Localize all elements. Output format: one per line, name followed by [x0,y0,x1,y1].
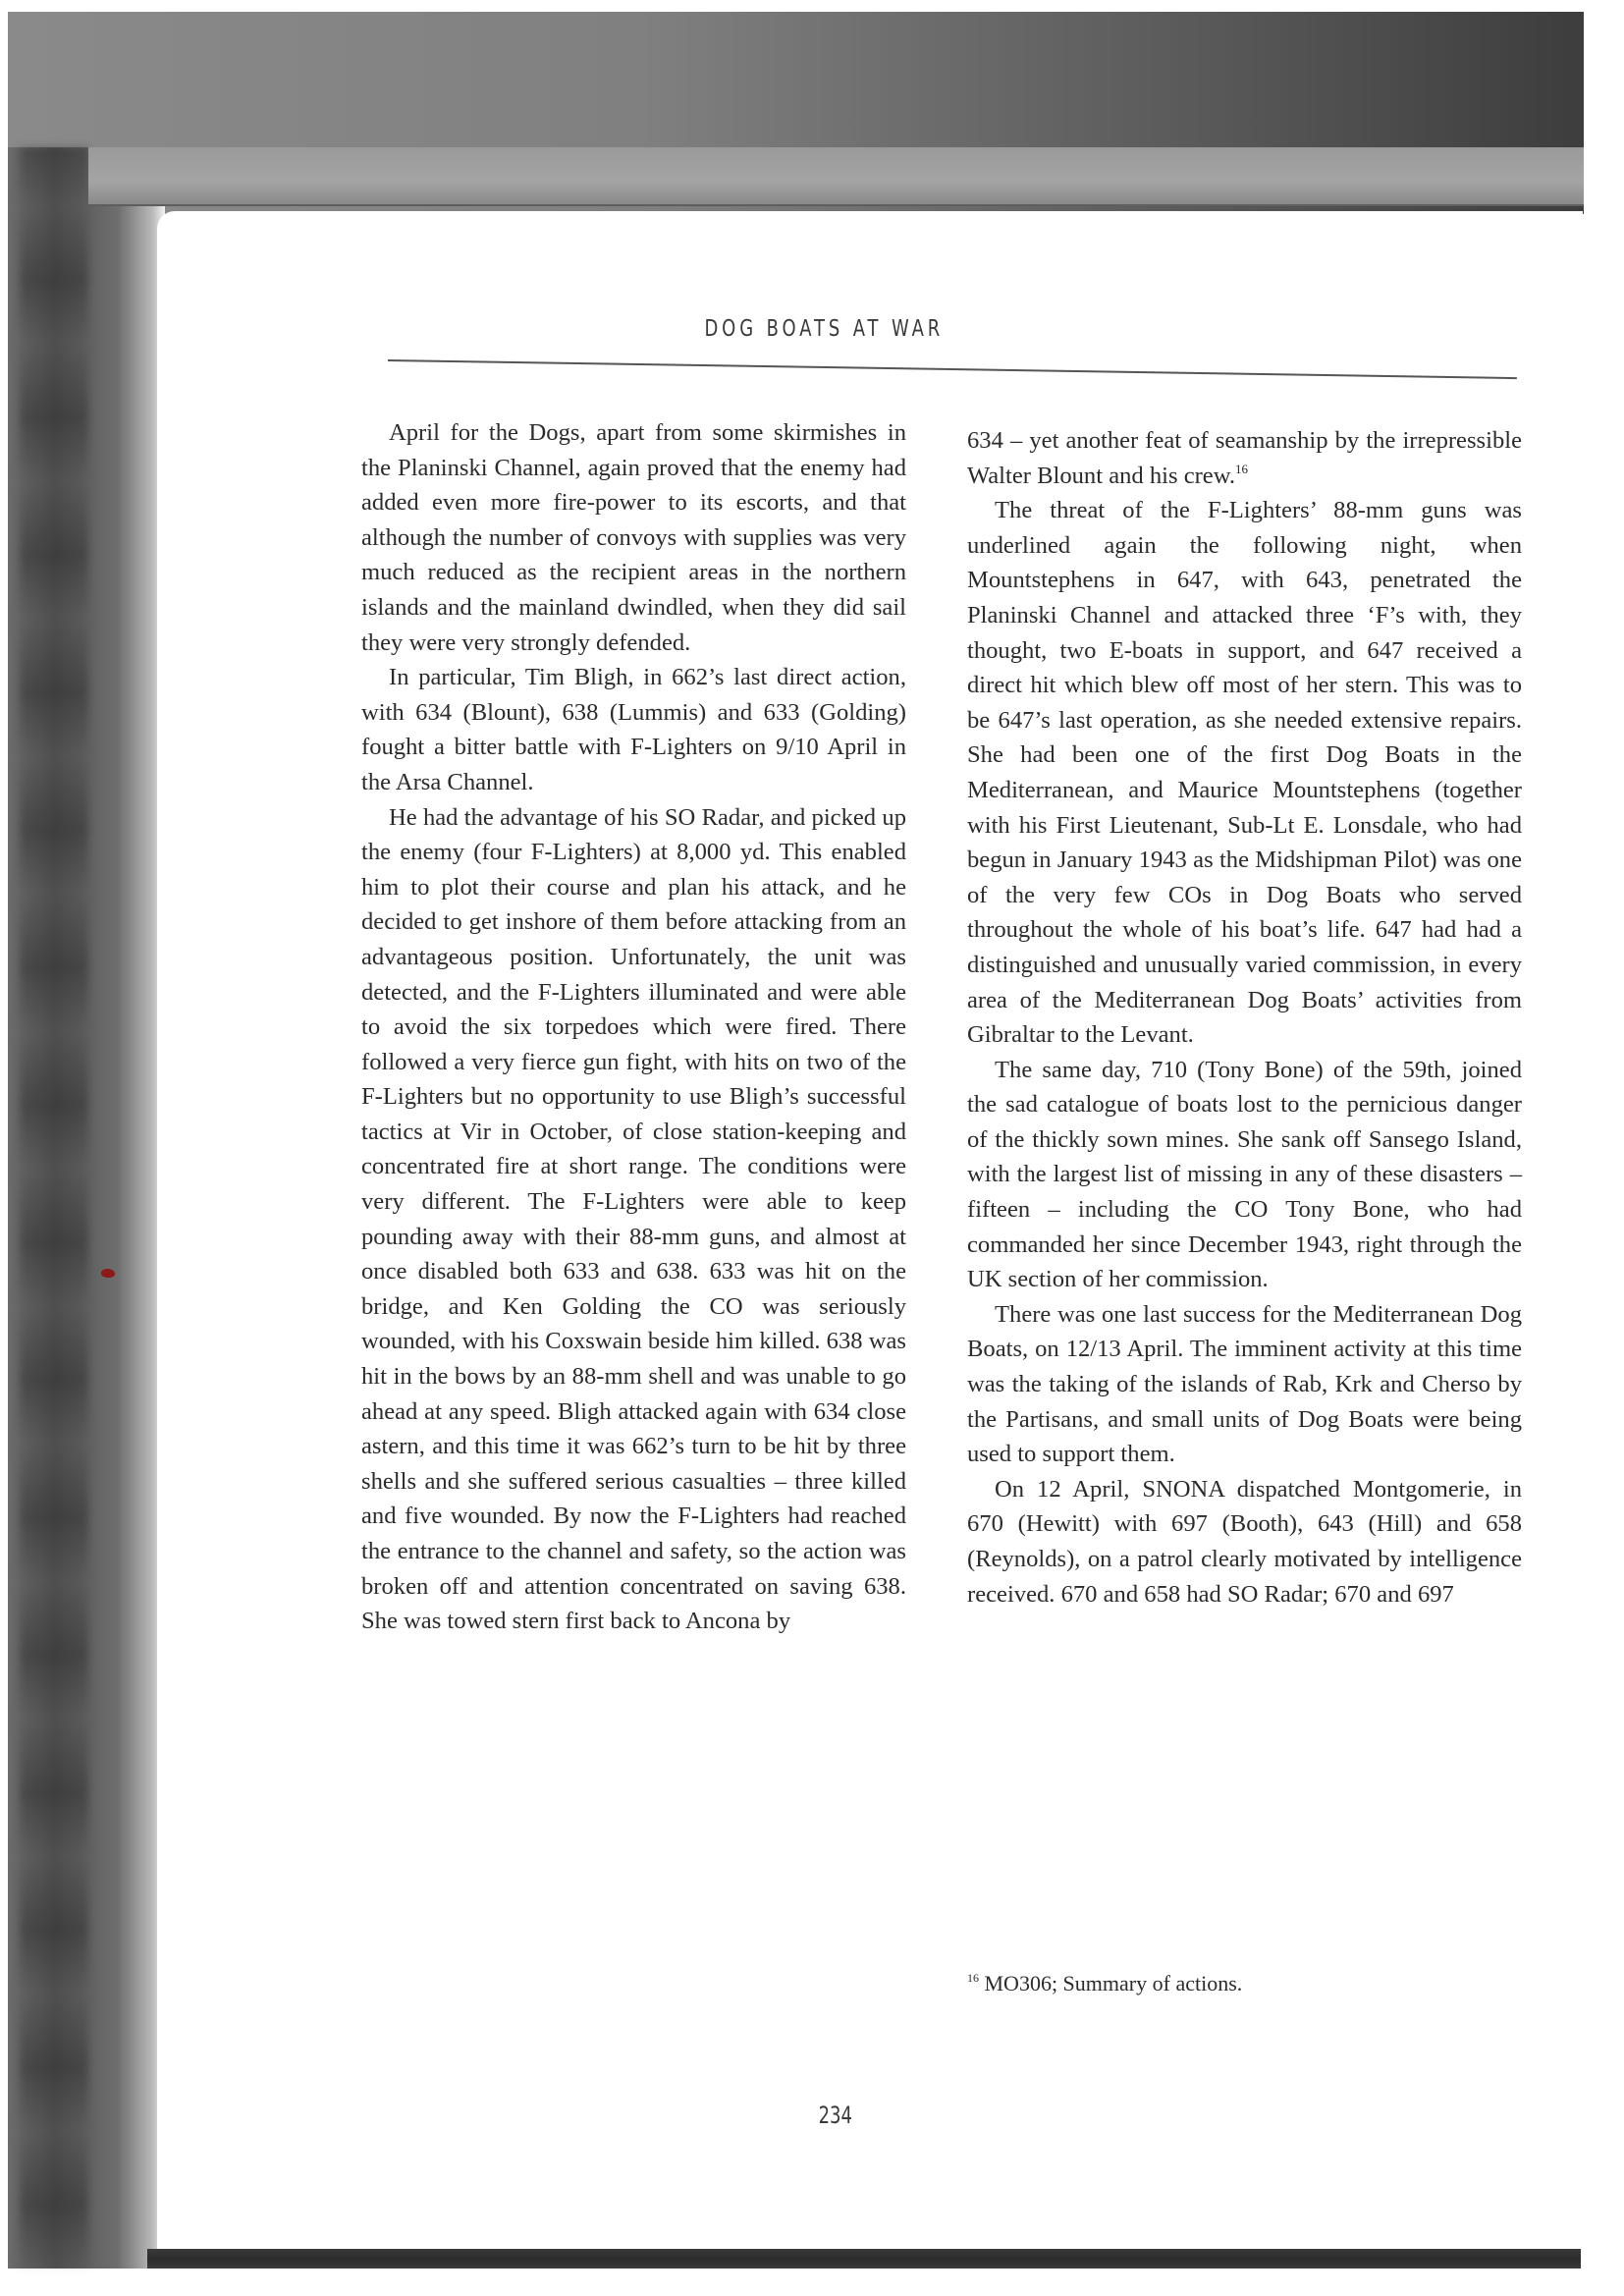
scan-bottom-border [147,2249,1581,2269]
paragraph: He had the advantage of his SO Radar, an… [361,800,906,1639]
continuation-text: 634 – yet another feat of seamanship by … [967,427,1522,489]
page-number: 234 [227,2102,1445,2129]
paragraph: In particular, Tim Bligh, in 662’s last … [361,660,906,799]
footnote: 16 MO306; Summary of actions. [967,1969,1522,1998]
right-column: 634 – yet another feat of seamanship by … [967,423,1522,1612]
paragraph: There was one last success for the Medi­… [967,1297,1522,1472]
paragraph: On 12 April, SNONA dispatched Mont­gomer… [967,1472,1522,1612]
red-ink-mark [101,1269,115,1278]
paragraph: The same day, 710 (Tony Bone) of the 59t… [967,1053,1522,1297]
scan-binding-shadow [20,147,88,2269]
footnote-text: MO306; Summary of actions. [979,1971,1242,1995]
paragraph-continuation: 634 – yet another feat of seamanship by … [967,423,1522,493]
footnote-reference: 16 [1235,462,1248,476]
paragraph: The threat of the F-Lighters’ 88-mm guns… [967,493,1522,1053]
paragraph: April for the Dogs, apart from some skir… [361,415,906,660]
left-column: April for the Dogs, apart from some skir… [361,415,906,1639]
footnote-number: 16 [967,1971,979,1985]
running-header-title: DOG BOATS AT WAR [190,316,1457,342]
scan-top-band [88,147,1584,206]
